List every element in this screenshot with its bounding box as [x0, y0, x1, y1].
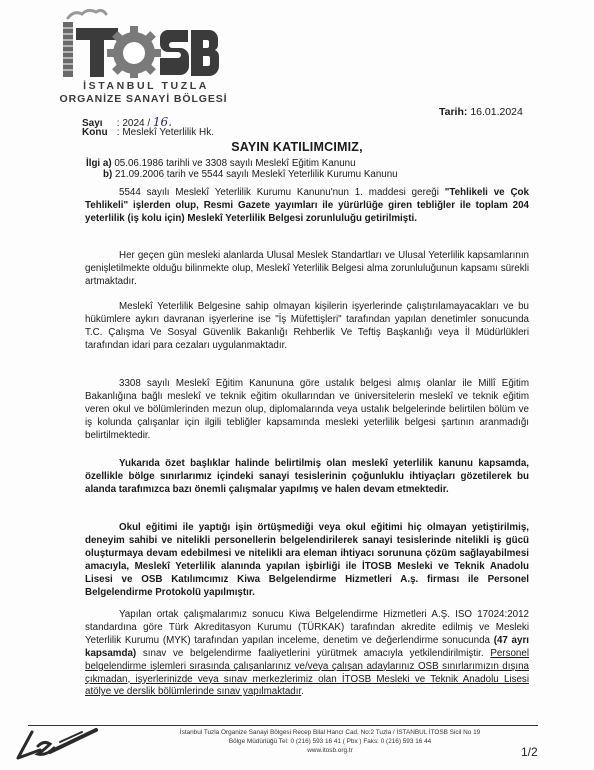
paragraph-5: Yukarıda özet başlıklar halinde belirtil… — [85, 458, 529, 497]
itosb-logo: İSTANBUL TUZLA ORGANİZE SANAYİ BÖLGESİ — [60, 8, 220, 98]
footer-line-2: Bölge Müdürlüğü Tel: 0 (216) 593 16 41 (… — [130, 738, 530, 747]
footer-line-1: İstanbul Tuzla Organize Sanayi Bölgesi R… — [130, 729, 530, 738]
reference-b: b) 21.09.2006 tarih ve 5544 sayılı Mesle… — [103, 169, 398, 180]
salutation: SAYIN KATILIMCIMIZ, — [0, 140, 594, 154]
paragraph-3: Meslekî Yeterlilik Belgesine sahip olmay… — [85, 301, 529, 353]
date-label: Tarih: — [439, 106, 467, 118]
letter-page: İSTANBUL TUZLA ORGANİZE SANAYİ BÖLGESİ S… — [0, 0, 594, 770]
paragraph-7-end: . — [301, 686, 304, 697]
itosb-logo-mark-icon — [60, 8, 220, 78]
paragraph-7: Yapılan ortak çalışmalarımız sonucu Kiwa… — [85, 609, 529, 699]
reference-b-label: b) — [103, 169, 112, 180]
reference-b-text: 21.09.2006 tarih ve 5544 sayılı Meslekî … — [115, 169, 398, 180]
paragraph-7-part-1: Yapılan ortak çalışmalarımız sonucu Kiwa… — [85, 609, 529, 646]
date-value: 16.01.2024 — [470, 106, 523, 118]
paragraph-2: Her geçen gün mesleki alanlarda Ulusal M… — [85, 250, 529, 289]
subject-line: Konu : Meslekî Yeterlilik Hk. — [82, 127, 214, 138]
paragraph-6: Okul eğitimi ile yaptığı işin örtüşmediğ… — [85, 522, 529, 599]
reference-a-label: İlgi a) — [86, 158, 112, 169]
konu-label: Konu — [82, 127, 114, 138]
paragraph-1-normal: 5544 sayılı Meslekî Yeterlilik Kurumu Ka… — [119, 187, 445, 198]
page-number: 1/2 — [521, 745, 538, 759]
logo-line-2: ORGANİZE SANAYİ BÖLGESİ — [56, 93, 231, 105]
logo-line-1: İSTANBUL TUZLA — [76, 80, 216, 92]
reference-a-text: 05.06.1986 tarihli ve 3308 sayılı Meslek… — [114, 158, 355, 169]
footer-divider — [28, 725, 538, 726]
paragraph-1: 5544 sayılı Meslekî Yeterlilik Kurumu Ka… — [85, 187, 529, 226]
footer-address: İstanbul Tuzla Organize Sanayi Bölgesi R… — [130, 729, 530, 755]
footer-website: www.itosb.org.tr — [130, 747, 530, 756]
document-date: Tarih: 16.01.2024 — [439, 106, 523, 118]
reference-a: İlgi a) 05.06.1986 tarihli ve 3308 sayıl… — [86, 158, 356, 169]
signature-initials-icon — [10, 712, 120, 770]
paragraph-7-part-2: sınav ve belgelendirme faaliyetlerini yü… — [136, 648, 490, 659]
konu-value: : Meslekî Yeterlilik Hk. — [117, 127, 214, 138]
paragraph-4: 3308 sayılı Meslekî Eğitim Kanununa göre… — [85, 378, 529, 443]
